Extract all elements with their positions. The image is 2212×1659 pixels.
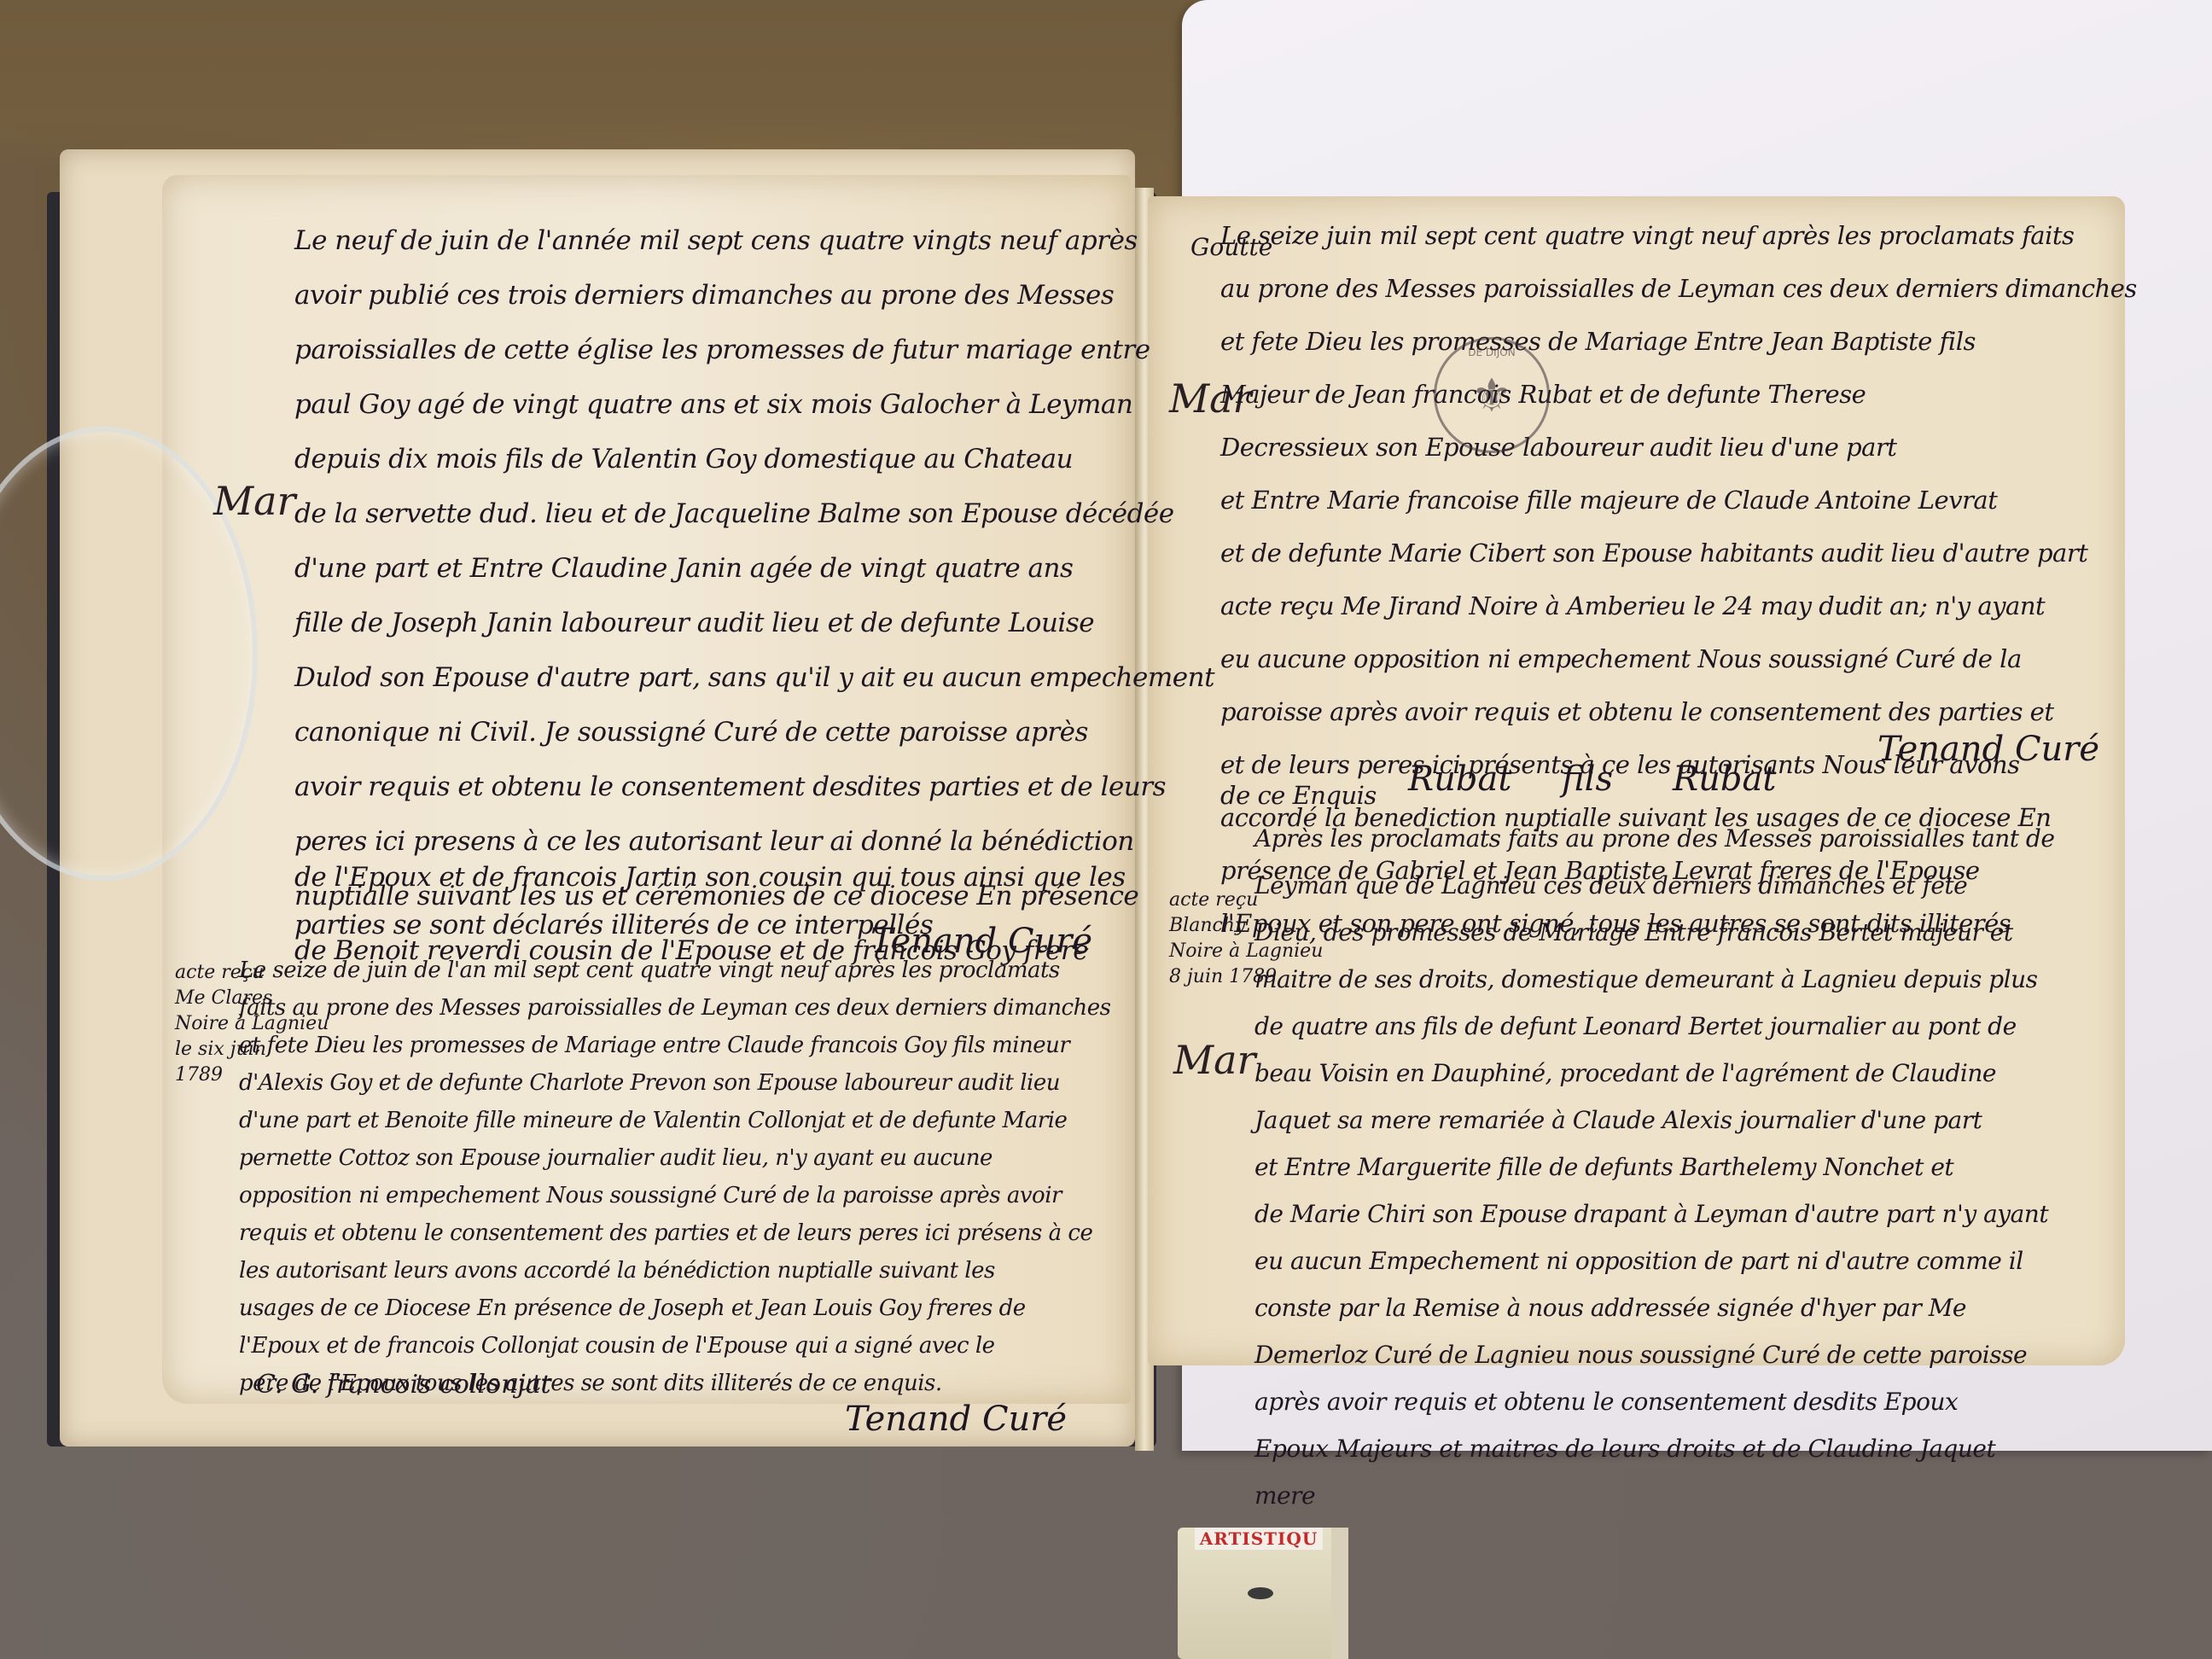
book-clip: ARTISTIQU [1178, 1528, 1348, 1659]
clip-label: ARTISTIQU [1195, 1528, 1323, 1550]
clip-arm [1331, 1528, 1348, 1659]
fleur-de-lis-icon: ⚜ [1471, 369, 1512, 422]
text-line: au prone des Messes paroissialles de Ley… [1220, 262, 2099, 315]
text-line: après avoir requis et obtenu le consente… [1254, 1378, 2108, 1425]
text-line: Demerloz Curé de Lagnieu nous soussigné … [1254, 1331, 2108, 1378]
margin-note-mar: Mar [213, 478, 296, 524]
text-line: acte reçu Me Jirand Noire à Amberieu le … [1220, 579, 2099, 632]
seal-stamp-icon: DE DIJON ⚜ [1434, 337, 1550, 453]
text-line: paul Goy agé de vingt quatre ans et six … [294, 377, 1114, 432]
text-line: avoir requis et obtenu le consentement d… [294, 760, 1114, 814]
text-line: canonique ni Civil. Je soussigné Curé de… [294, 705, 1114, 760]
text-line: beau Voisin en Dauphiné, procedant de l'… [1254, 1050, 2108, 1097]
text-line: et fete Dieu les promesses de Mariage en… [239, 1027, 1111, 1064]
text-line: pernette Cottoz son Epouse journalier au… [239, 1139, 1111, 1177]
text-line: de l'Epoux et de francois Jartin son cou… [294, 853, 1126, 901]
text-line: Epoux Majeurs et maitres de leurs droits… [1254, 1425, 2108, 1472]
text-line: eu aucune opposition ni empechement Nous… [1220, 632, 2099, 685]
text-line: Decressieux son Epouse laboureur audit l… [1220, 421, 2099, 474]
text-line: de la servette dud. lieu et de Jacquelin… [294, 486, 1114, 541]
text-line: mere [1254, 1472, 2108, 1519]
signature-rubat: Rubat [1408, 760, 1511, 799]
text-line: et fete Dieu les promesses de Mariage En… [1220, 315, 2099, 368]
entry-2-text: Le seize de juin de l'an mil sept cent q… [239, 952, 1111, 1402]
text-line: Dulod son Epouse d'autre part, sans qu'i… [294, 650, 1114, 705]
text-line: et de defunte Marie Cibert son Epouse ha… [1220, 527, 2099, 579]
text-line: Leyman que de Lagnieu ces deux derniers … [1254, 862, 2108, 909]
text-line: conste par la Remise à nous addressée si… [1254, 1284, 2108, 1331]
text-line: Le seize de juin de l'an mil sept cent q… [239, 952, 1111, 989]
text-line: de Marie Chiri son Epouse drapant à Leym… [1254, 1190, 2108, 1237]
text-line: eu aucun Empechement ni opposition de pa… [1254, 1237, 2108, 1284]
text-line: d'une part et Benoite fille mineure de V… [239, 1102, 1111, 1139]
text-line: d'une part et Entre Claudine Janin agée … [294, 541, 1114, 596]
text-line: de quatre ans fils de defunt Leonard Ber… [1254, 1003, 2108, 1050]
text-line: Le seize juin mil sept cent quatre vingt… [1220, 209, 2099, 262]
text-line: Le neuf de juin de l'année mil sept cens… [294, 213, 1114, 268]
witness-signatures: C. G. francois collonjat [256, 1370, 551, 1400]
margin-note-mar-right-2: Mar [1173, 1037, 1256, 1083]
text-line: faits au prone des Messes paroissialles … [239, 989, 1111, 1027]
signature-rubat-2: Rubat [1673, 760, 1776, 799]
entry-4-text: Après les proclamats faits au prone des … [1254, 815, 2108, 1519]
text-line: paroissialles de cette église les promes… [294, 323, 1114, 377]
text-line: depuis dix mois fils de Valentin Goy dom… [294, 432, 1114, 486]
text-line: et Entre Marie francoise fille majeure d… [1220, 474, 2099, 527]
clip-hole [1248, 1587, 1273, 1599]
text-line: Jaquet sa mere remariée à Claude Alexis … [1254, 1097, 2108, 1144]
text-line: opposition ni empechement Nous soussigné… [239, 1177, 1111, 1214]
text-line: les autorisant leurs avons accordé la bé… [239, 1252, 1111, 1289]
text-line: maitre de ses droits, domestique demeura… [1254, 956, 2108, 1003]
text-line: fille de Joseph Janin laboureur audit li… [294, 596, 1114, 650]
text-line: Majeur de Jean francois Rubat et de defu… [1220, 368, 2099, 421]
carpet-background [0, 0, 1195, 171]
text-line: requis et obtenu le consentement des par… [239, 1214, 1111, 1252]
text-line: avoir publié ces trois derniers dimanche… [294, 268, 1114, 323]
text-line: d'Alexis Goy et de defunte Charlote Prev… [239, 1064, 1111, 1102]
signature-fils: fils [1562, 760, 1613, 799]
text-line: usages de ce Diocese En présence de Jose… [239, 1289, 1111, 1327]
signature-cure-3: Tenand Curé [1877, 730, 2099, 769]
text-line: Dieu, des promesses de Mariage Entre fra… [1254, 909, 2108, 956]
text-line: et Entre Marguerite fille de defunts Bar… [1254, 1144, 2108, 1190]
text-line: Après les proclamats faits au prone des … [1254, 815, 2108, 862]
signature-cure-2: Tenand Curé [845, 1400, 1067, 1439]
text-line: l'Epoux et de francois Collonjat cousin … [239, 1327, 1111, 1365]
